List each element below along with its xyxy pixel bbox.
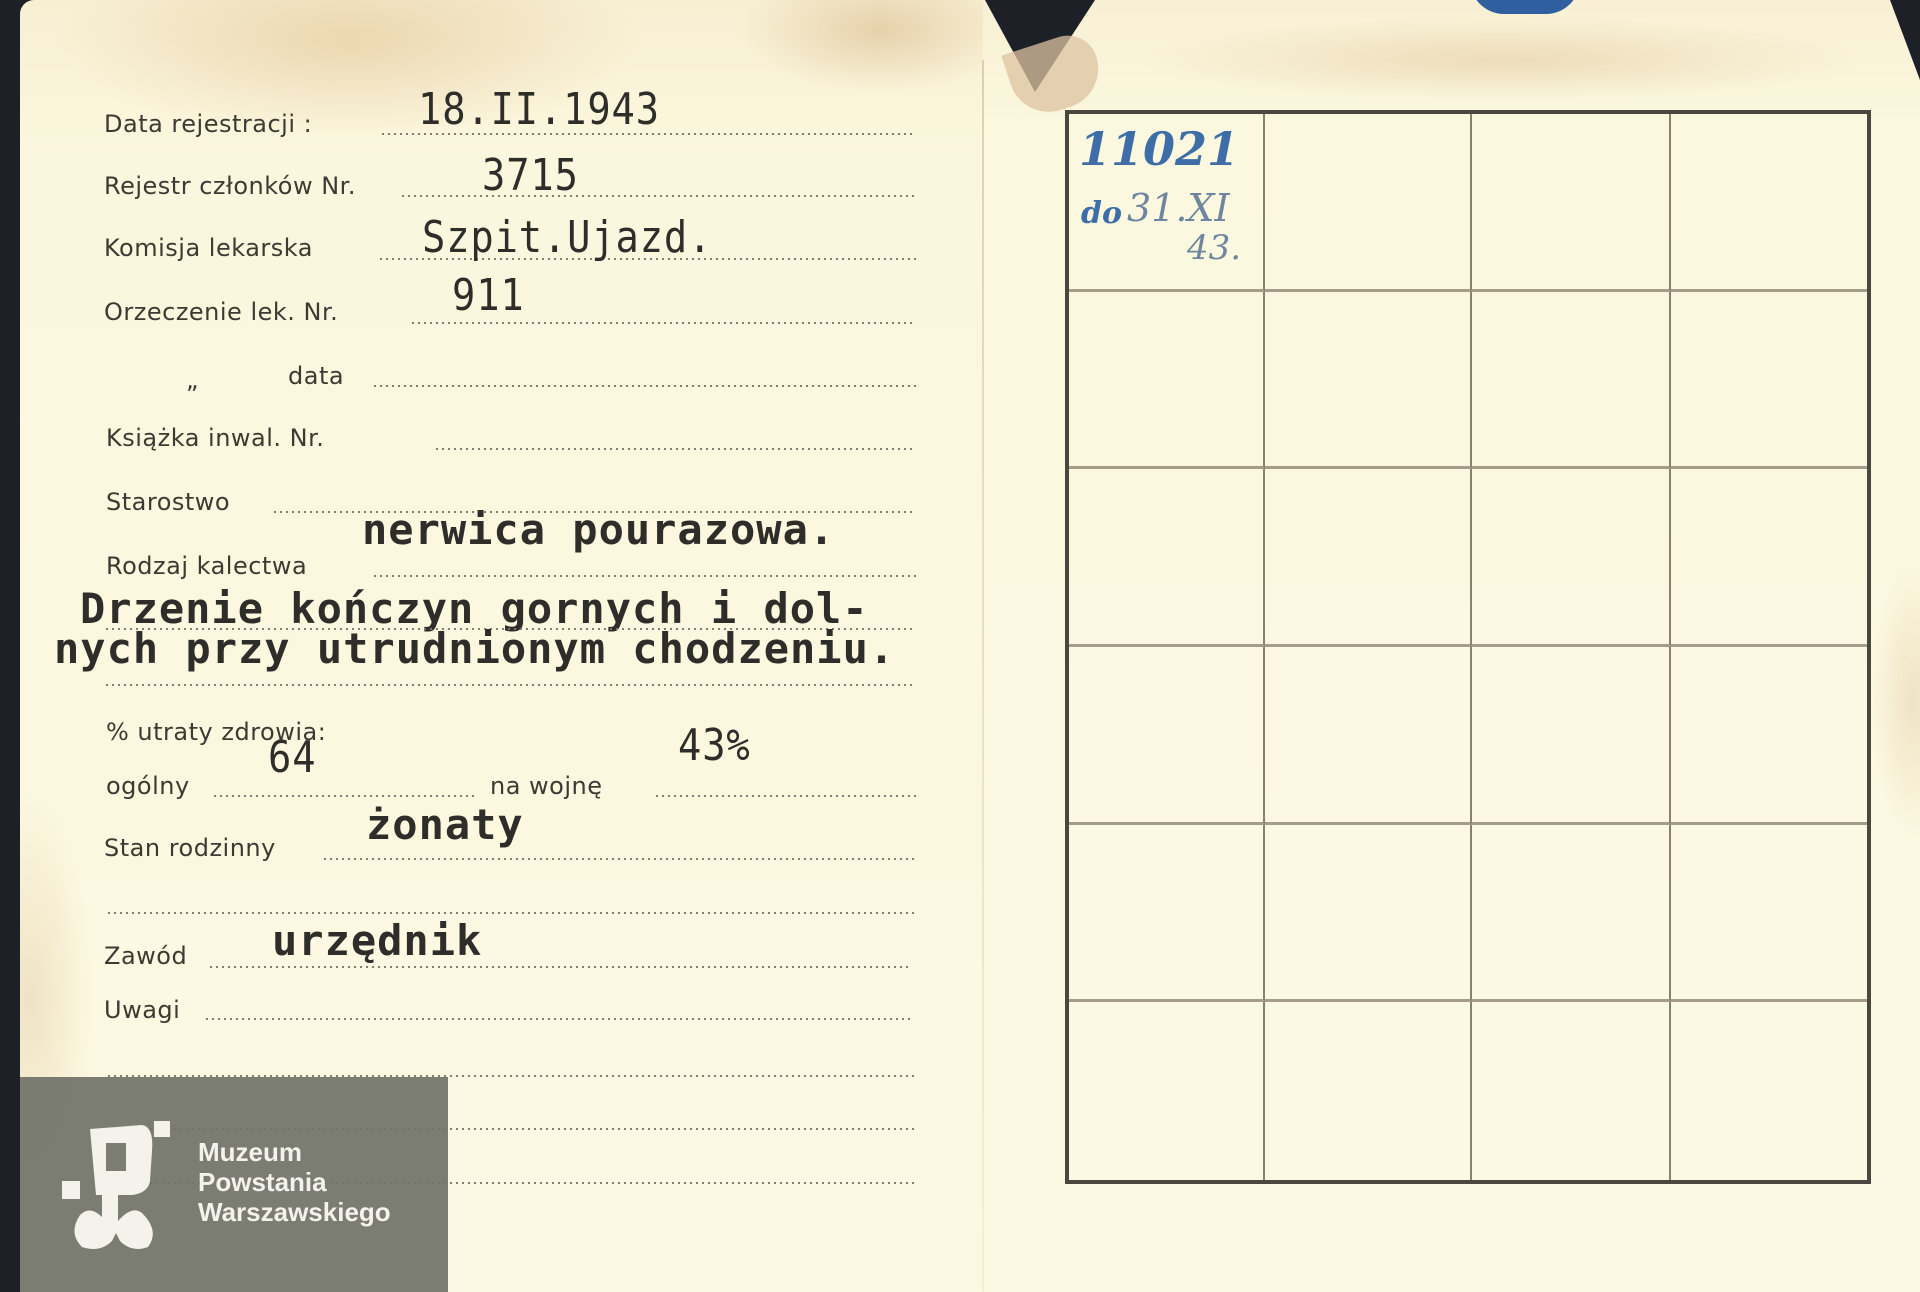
center-fold <box>982 60 984 1292</box>
value-rodzaj-kalectwa: nerwica pourazowa. <box>362 505 835 554</box>
dotted-line <box>106 912 916 914</box>
label-uwagi: Uwagi <box>104 996 180 1024</box>
grid-cell <box>1472 292 1671 470</box>
value-ogolny: 64 <box>268 732 316 783</box>
dotted-line <box>434 448 916 450</box>
ditto-mark: „ <box>186 366 199 394</box>
dotted-line <box>204 1018 910 1020</box>
museum-name-line2: Powstania <box>198 1167 391 1197</box>
value-stan-rodzinny: żonaty <box>366 800 524 849</box>
dotted-line <box>104 684 916 686</box>
dotted-line <box>208 966 908 968</box>
handwritten-year: 43. <box>1187 228 1241 268</box>
label-rejestr-czlonkow: Rejestr członków Nr. <box>104 172 356 200</box>
label-rodzaj-kalectwa: Rodzaj kalectwa <box>106 552 307 580</box>
grid-cell <box>1671 469 1867 647</box>
grid-cell <box>1671 292 1867 470</box>
label-ogolny: ogólny <box>106 772 190 800</box>
grid-cell <box>1265 114 1472 292</box>
value-rejestr-czlonkow: 3715 <box>482 150 579 201</box>
grid-cell <box>1265 469 1472 647</box>
handwritten-date: 31.XI <box>1127 186 1230 230</box>
label-stan-rodzinny: Stan rodzinny <box>104 834 276 862</box>
stamp-grid: 11021 do 31.XI 43. <box>1065 110 1871 1184</box>
handwritten-number: 11021 <box>1079 122 1239 176</box>
dotted-line <box>400 195 916 197</box>
grid-cell <box>1671 825 1867 1003</box>
label-zawod: Zawód <box>104 942 187 970</box>
handwritten-prefix: do <box>1081 196 1122 231</box>
grid-cell <box>1671 647 1867 825</box>
grid-cell <box>1472 469 1671 647</box>
grid-cell <box>1671 1002 1867 1180</box>
label-ksiazka-inwal: Książka inwal. Nr. <box>106 424 324 452</box>
grid-cell <box>1265 647 1472 825</box>
grid-cell <box>1069 292 1265 470</box>
label-orzeczenie-data: data <box>288 362 344 390</box>
dotted-line <box>410 322 916 324</box>
grid-cell: 11021 do 31.XI 43. <box>1069 114 1265 292</box>
museum-name-line3: Warszawskiego <box>198 1197 391 1227</box>
kotwica-anchor-icon <box>62 1121 172 1251</box>
value-orzeczenie-lek: 911 <box>452 270 525 321</box>
label-data-rejestracji: Data rejestracji : <box>104 110 312 138</box>
dotted-line <box>212 795 478 797</box>
museum-name: Muzeum Powstania Warszawskiego <box>198 1137 391 1227</box>
value-opis-line2: nych przy utrudnionym chodzeniu. <box>54 624 895 673</box>
museum-watermark: Muzeum Powstania Warszawskiego <box>20 1077 448 1292</box>
grid-cell <box>1265 825 1472 1003</box>
dotted-line <box>322 858 916 860</box>
dotted-line <box>654 795 916 797</box>
museum-name-line1: Muzeum <box>198 1137 391 1167</box>
grid-cell <box>1265 292 1472 470</box>
value-data-rejestracji: 18.II.1943 <box>418 84 660 135</box>
grid-cell <box>1472 114 1671 292</box>
grid-cell <box>1265 1002 1472 1180</box>
label-starostwo: Starostwo <box>106 488 230 516</box>
dotted-line <box>372 385 916 387</box>
label-komisja-lekarska: Komisja lekarska <box>104 234 313 262</box>
grid-cell <box>1069 1002 1265 1180</box>
dotted-line <box>372 575 916 577</box>
torn-corner <box>1890 0 1920 80</box>
value-zawod: urzędnik <box>272 916 482 965</box>
label-orzeczenie-lek: Orzeczenie lek. Nr. <box>104 298 338 326</box>
grid-cell <box>1472 825 1671 1003</box>
grid-cell <box>1069 469 1265 647</box>
grid-cell <box>1671 114 1867 292</box>
grid-cell <box>1472 647 1671 825</box>
value-komisja-lekarska: Szpit.Ujazd. <box>422 212 712 263</box>
grid-cell <box>1472 1002 1671 1180</box>
value-na-wojne: 43% <box>678 720 751 771</box>
grid-cell <box>1069 825 1265 1003</box>
grid-cell <box>1069 647 1265 825</box>
label-na-wojne: na wojnę <box>490 772 603 800</box>
